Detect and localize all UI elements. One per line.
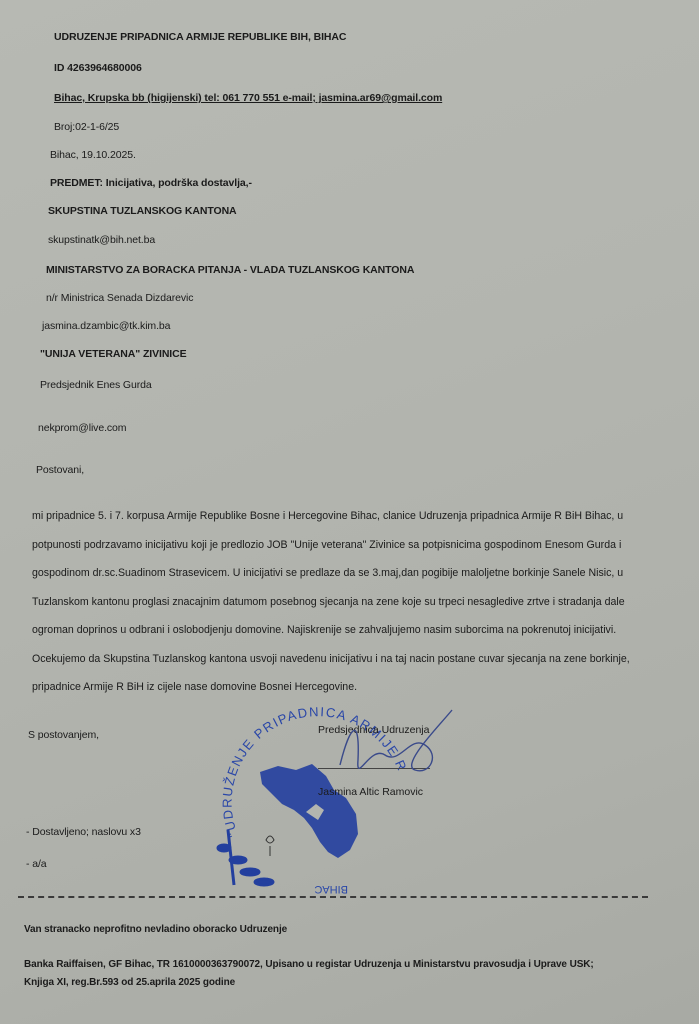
lily-icon (266, 836, 274, 856)
body-line: gospodinom dr.sc.Suadinom Strasevicem. U… (32, 559, 682, 588)
footer-bank-line: Banka Raiffaisen, GF Bihac, TR 161000036… (24, 959, 594, 970)
body-line: potpunosti podrzavamo inicijativu koji j… (32, 531, 682, 560)
svg-text:BIHAC: BIHAC (314, 883, 348, 895)
org-address: Bihac, Krupska bb (higijenski) tel: 061 … (54, 92, 442, 104)
document-number: Broj:02-1-6/25 (54, 121, 119, 133)
body-line: Ocekujemo da Skupstina Tuzlanskog kanton… (32, 645, 682, 674)
recipient-email: skupstinatk@bih.net.ba (48, 234, 155, 246)
org-id: ID 4263964680006 (54, 62, 142, 74)
body-line: Tuzlanskom kantonu proglasi znacajnim da… (32, 588, 682, 617)
archive-note: - a/a (26, 858, 47, 870)
body-line: ogroman doprinos u odbrani i oslobodjenj… (32, 616, 682, 645)
handwritten-signature (330, 705, 460, 795)
footer-divider (18, 896, 648, 898)
document-date: Bihac, 19.10.2025. (50, 149, 136, 161)
subject: PREDMET: Inicijativa, podrška dostavlja,… (50, 177, 252, 189)
delivery-note: - Dostavljeno; naslovu x3 (26, 826, 141, 838)
subject-label: PREDMET: (50, 177, 103, 189)
subject-text: Inicijativa, podrška dostavlja,- (103, 177, 252, 189)
recipient-attn: Predsjednik Enes Gurda (40, 379, 152, 391)
footer-org-type: Van stranacko neprofitno nevladino obora… (24, 924, 287, 935)
footer-registry-line: Knjiga XI, reg.Br.593 od 25.aprila 2025 … (24, 977, 235, 988)
recipient-attn: n/r Ministrica Senada Dizdarevic (46, 292, 193, 304)
recipient-name: MINISTARSTVO ZA BORACKA PITANJA - VLADA … (46, 264, 414, 276)
recipient-email: jasmina.dzambic@tk.kim.ba (42, 320, 170, 332)
recipient-name: SKUPSTINA TUZLANSKOG KANTONA (48, 205, 237, 217)
body-line: mi pripadnice 5. i 7. korpusa Armije Rep… (32, 502, 682, 531)
olive-branch-icon (218, 830, 273, 885)
recipient-email: nekprom@live.com (38, 422, 126, 434)
recipient-name: "UNIJA VETERANA" ZIVINICE (40, 348, 187, 360)
closing: S postovanjem, (28, 729, 99, 741)
body-paragraph: mi pripadnice 5. i 7. korpusa Armije Rep… (32, 502, 682, 702)
greeting: Postovani, (36, 464, 84, 476)
org-name: UDRUZENJE PRIPADNICA ARMIJE REPUBLIKE BI… (54, 31, 346, 43)
body-line: pripadnice Armije R BiH iz cijele nase d… (32, 673, 682, 702)
stamp-bottom-text: BIHAC (314, 883, 348, 895)
